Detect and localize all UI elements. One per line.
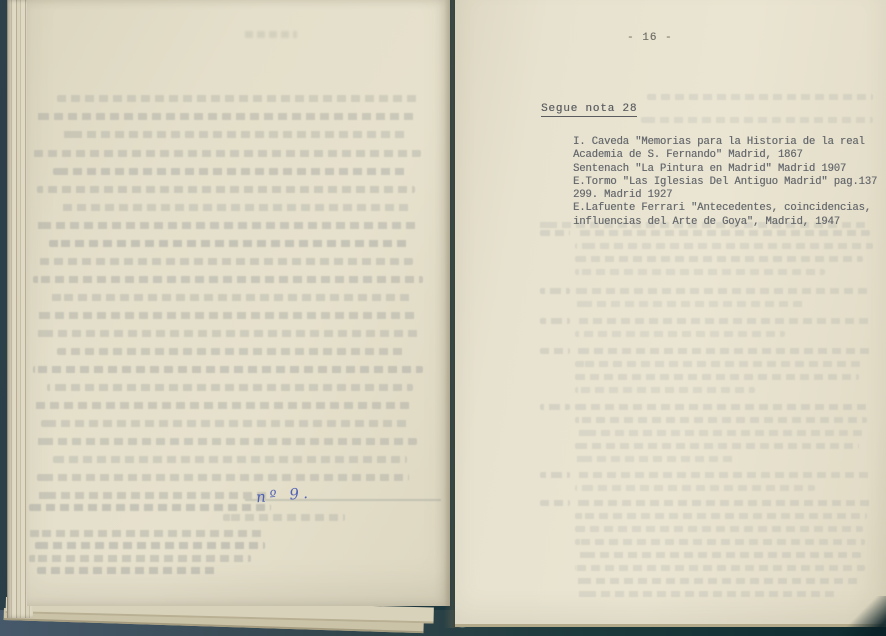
note-heading: Segue nota 28: [541, 103, 637, 117]
bleedthrough-line: [540, 230, 570, 236]
right-page-number: - 16 -: [627, 32, 673, 44]
bleedthrough-line: [575, 591, 835, 597]
bleedthrough-line: [575, 374, 859, 380]
bleedthrough-line: [37, 186, 415, 193]
reference-line: E.Lafuente Ferrari "Antecedentes, coinci…: [573, 202, 877, 215]
reference-list: I. Caveda "Memorias para la Historia de …: [573, 136, 877, 229]
bleedthrough-line: [540, 348, 570, 354]
bleedthrough-line: [53, 456, 407, 463]
bleedthrough-line: [35, 222, 417, 229]
reference-line: influencias del Arte de Goya", Madrid, 1…: [573, 216, 877, 229]
bleedthrough-line: [575, 269, 825, 275]
bleedthrough-line: [29, 504, 271, 511]
bleedthrough-line: [575, 430, 863, 436]
bleedthrough-line: [575, 256, 863, 262]
photo-of-open-manuscript: nº 9. - 16 - Segue nota 28 I. Caveda "Me…: [0, 0, 886, 636]
bleedthrough-line: [35, 492, 267, 499]
bleedthrough-line: [575, 456, 735, 462]
bleedthrough-line: [49, 240, 411, 247]
bleedthrough-line: [575, 404, 871, 410]
bleedthrough-line: [51, 294, 413, 301]
bleedthrough-line: [41, 420, 411, 427]
right-page: - 16 - Segue nota 28 I. Caveda "Memorias…: [455, 0, 886, 627]
bleedthrough-line: [47, 384, 413, 391]
bleedthrough-line: [575, 301, 805, 307]
bleedthrough-line: [33, 150, 421, 157]
reference-line: 299. Madrid 1927: [573, 189, 877, 202]
bleedthrough-line: [575, 485, 815, 491]
bleedthrough-line: [29, 555, 251, 562]
bleedthrough-line: [37, 567, 215, 574]
bleedthrough-line: [575, 552, 861, 558]
bleedthrough-line: [57, 348, 407, 355]
reference-line: Academia de S. Fernando" Madrid, 1867: [573, 149, 877, 162]
bleedthrough-line: [540, 472, 570, 478]
bleedthrough-line: [540, 318, 570, 324]
bleedthrough-line: [29, 530, 265, 537]
bleedthrough-line: [575, 361, 865, 367]
bleedthrough-line: [33, 366, 423, 373]
bleedthrough-line: [575, 318, 869, 324]
bleedthrough-line: [223, 514, 345, 521]
bleedthrough-line: [33, 276, 423, 283]
left-page-number-smudge: [245, 31, 297, 38]
bleedthrough-line: [575, 417, 867, 423]
left-page: nº 9.: [27, 0, 450, 606]
bleedthrough-line: [575, 539, 865, 545]
bleedthrough-line: [35, 113, 415, 120]
bleedthrough-line: [575, 243, 873, 249]
reference-line: I. Caveda "Memorias para la Historia de …: [573, 136, 877, 149]
bleedthrough-line: [647, 94, 873, 100]
handwritten-number-annotation: nº 9.: [255, 484, 312, 507]
reference-line: Sentenach "La Pintura en Madrid" Madrid …: [573, 163, 877, 176]
bleedthrough-line: [575, 565, 865, 571]
bleedthrough-line: [575, 443, 859, 449]
bleedthrough-line: [540, 288, 570, 294]
bleedthrough-line: [575, 500, 871, 506]
bleedthrough-line: [575, 526, 863, 532]
bleedthrough-line: [37, 258, 413, 265]
bleedthrough-line: [575, 288, 871, 294]
bleedthrough-line: [37, 312, 417, 319]
bleedthrough-line: [540, 404, 570, 410]
bleedthrough-line: [575, 230, 870, 236]
bleedthrough-line: [575, 513, 867, 519]
bleedthrough-line: [575, 331, 785, 337]
bleedthrough-line: [53, 168, 409, 175]
bleedthrough-line: [35, 542, 265, 549]
bleedthrough-line: [575, 348, 871, 354]
bottom-right-shadow: [816, 596, 886, 636]
bleedthrough-line: [35, 330, 419, 337]
bleedthrough-line: [37, 474, 409, 481]
bleedthrough-line: [575, 578, 859, 584]
bleedthrough-line: [35, 402, 413, 409]
reference-line: E.Tormo "Las Iglesias Del Antiguo Madrid…: [573, 176, 877, 189]
bleedthrough-line: [61, 204, 411, 211]
bleedthrough-line: [540, 500, 570, 506]
bleedthrough-line: [641, 117, 873, 123]
bleedthrough-line: [63, 131, 408, 138]
bleedthrough-line: [575, 387, 755, 393]
bleedthrough-line: [57, 95, 417, 102]
bleedthrough-line: [33, 438, 417, 445]
bleedthrough-line: [575, 472, 869, 478]
